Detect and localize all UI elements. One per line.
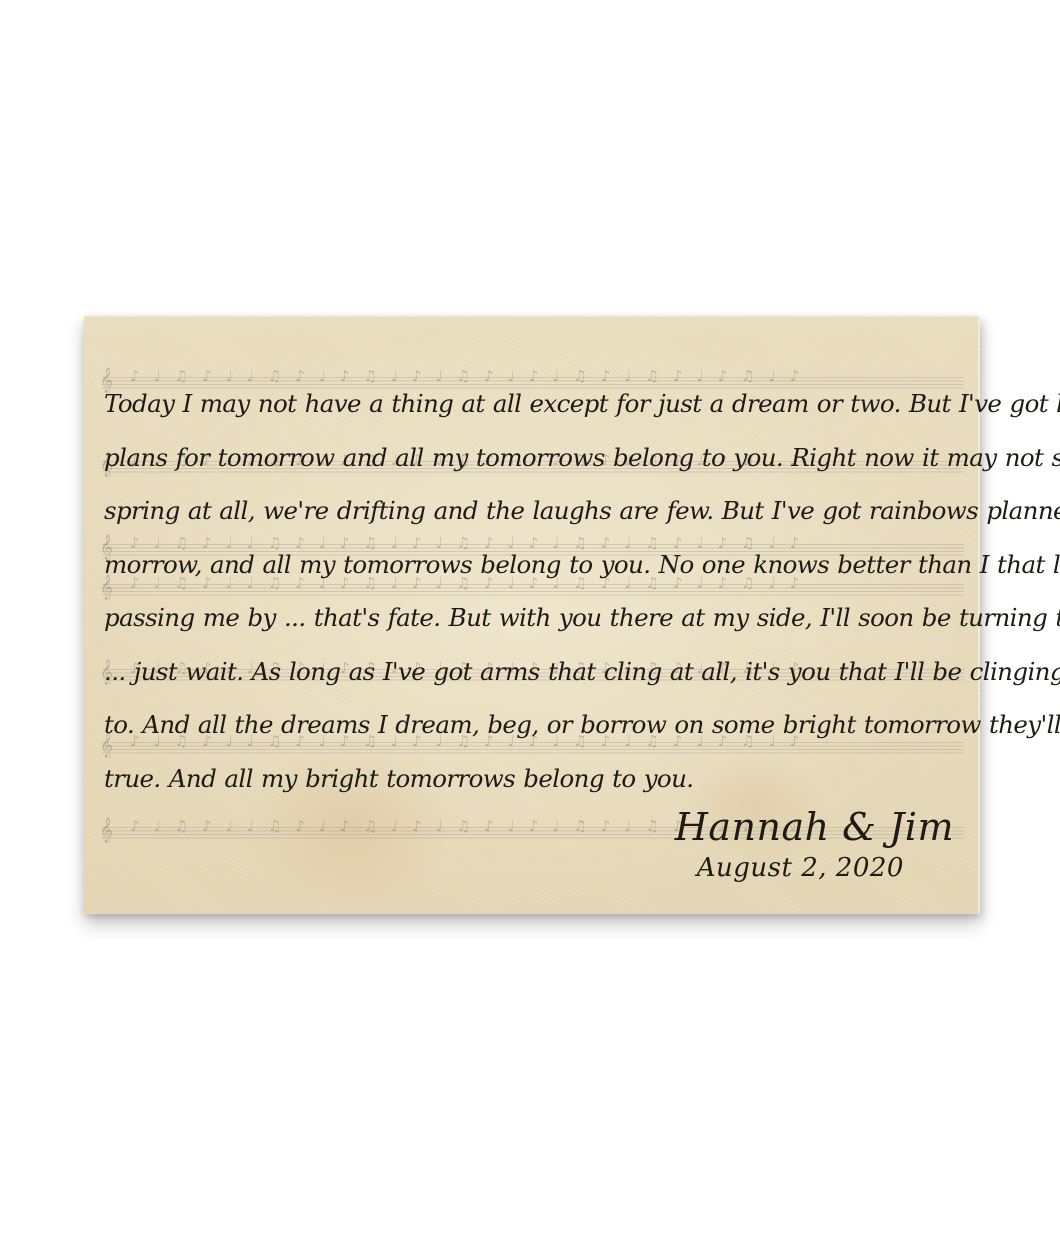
- canvas-print: 𝄞 ♪♩♫♪♩♩♫♪♩♪♫♩♪♩♫♪♩♪♩♫♪♩♫♪♩♪♫♩♪ 𝄞 ♪♩♫♪♩♩…: [84, 316, 980, 914]
- lyrics-line-2: plans for tomorrow and all my tomorrows …: [104, 431, 968, 485]
- couple-names: Hannah & Jim: [675, 803, 954, 851]
- wedding-date: August 2, 2020: [675, 851, 926, 885]
- lyrics-line-4: morrow, and all my tomorrows belong to y…: [104, 538, 968, 592]
- signature-block: Hannah & Jim August 2, 2020: [675, 803, 954, 885]
- lyrics-line-7: to. And all the dreams I dream, beg, or …: [104, 698, 968, 752]
- lyrics-line-5: passing me by ... that's fate. But with …: [104, 591, 968, 645]
- lyrics-line-3: spring at all, we're drifting and the la…: [104, 484, 968, 538]
- treble-clef-icon: 𝄞: [100, 820, 113, 842]
- lyrics-line-6: ... just wait. As long as I've got arms …: [104, 645, 968, 699]
- song-lyrics: Today I may not have a thing at all exce…: [104, 377, 968, 805]
- lyrics-line-8: true. And all my bright tomorrows belong…: [104, 752, 968, 806]
- lyrics-line-1: Today I may not have a thing at all exce…: [104, 377, 968, 431]
